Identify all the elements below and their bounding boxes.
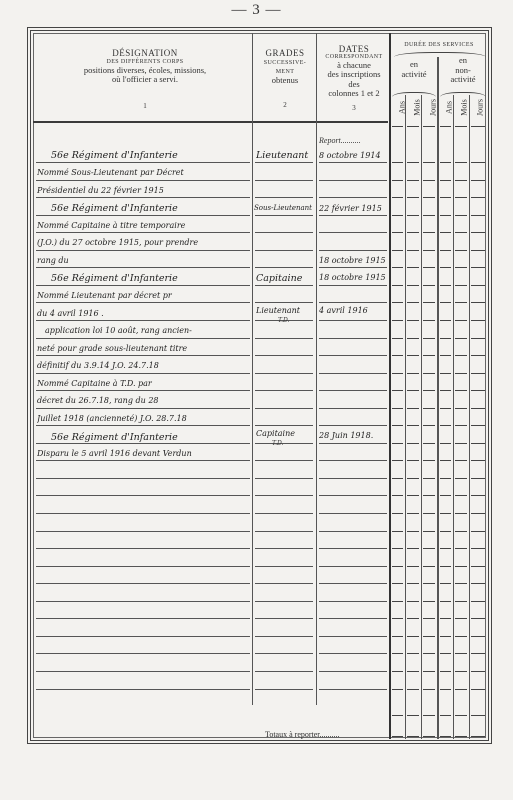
entry-grade-7: Capitaine <box>256 273 314 284</box>
duree-dash <box>407 495 419 496</box>
entry-designation-13: Nommé Capitaine à T.D. par <box>37 379 251 388</box>
duree-dash <box>440 513 451 514</box>
duree-dash <box>407 408 419 409</box>
duree-dash <box>392 180 403 181</box>
duree-dash <box>455 460 467 461</box>
duree-dash <box>392 715 403 716</box>
row-rule <box>319 320 387 321</box>
col-divider-duree-mid <box>437 57 439 739</box>
row-rule <box>36 338 250 339</box>
duree-dash <box>471 302 485 303</box>
duree-dash <box>392 548 403 549</box>
row-rule <box>255 180 313 181</box>
subcol-jours-2: Jours <box>476 95 485 121</box>
duree-dash <box>440 126 451 127</box>
row-rule <box>255 355 313 356</box>
duree-dash <box>407 180 419 181</box>
header-col3-title: DATES <box>318 44 390 54</box>
duree-dash <box>407 531 419 532</box>
duree-dash <box>440 601 451 602</box>
duree-dash <box>455 373 467 374</box>
duree-dash <box>407 285 419 286</box>
duree-dash <box>455 566 467 567</box>
duree-dash <box>471 408 485 409</box>
duree-dash <box>423 390 435 391</box>
duree-dash <box>440 285 451 286</box>
duree-dash <box>407 671 419 672</box>
duree-dash <box>440 618 451 619</box>
row-rule <box>319 653 387 654</box>
duree-dash <box>423 232 435 233</box>
row-rule <box>255 267 313 268</box>
row-rule <box>319 495 387 496</box>
row-rule <box>255 460 313 461</box>
duree-dash <box>455 715 467 716</box>
duree-dash <box>392 285 403 286</box>
row-rule <box>255 495 313 496</box>
header-col2-title: GRADES <box>254 48 316 58</box>
entry-designation-4: Nommé Capitaine à titre temporaire <box>37 221 251 230</box>
row-rule <box>36 197 250 198</box>
duree-dash <box>455 601 467 602</box>
duree-dash <box>440 548 451 549</box>
row-rule <box>255 618 313 619</box>
row-rule <box>319 285 387 286</box>
header-activite: en activité <box>390 60 438 79</box>
duree-dash <box>440 180 451 181</box>
duree-dash <box>392 653 403 654</box>
duree-dash <box>455 355 467 356</box>
duree-dash <box>440 232 451 233</box>
duree-dash <box>471 320 485 321</box>
entry-date-16: 28 Juin 1918. <box>319 431 389 440</box>
entry-designation-9: du 4 avril 1916 . <box>37 309 251 318</box>
entry-grade-9-sub: T.D. <box>278 317 290 324</box>
row-rule <box>255 197 313 198</box>
row-rule <box>255 390 313 391</box>
duree-dash <box>455 689 467 690</box>
duree-dash <box>423 618 435 619</box>
duree-dash <box>407 215 419 216</box>
subcol-line-4 <box>453 95 454 739</box>
duree-dash <box>455 390 467 391</box>
row-rule <box>36 267 250 268</box>
subcol-line-2 <box>421 95 422 739</box>
row-rule <box>319 180 387 181</box>
duree-dash <box>440 373 451 374</box>
duree-dash <box>440 478 451 479</box>
totals-label: Totaux à reporter.......... <box>265 730 340 739</box>
duree-dash <box>407 338 419 339</box>
entry-designation-17: Disparu le 5 avril 1916 devant Verdun <box>37 449 251 458</box>
duree-dash <box>471 373 485 374</box>
duree-dash <box>392 736 403 737</box>
row-rule <box>255 548 313 549</box>
duree-dash <box>455 285 467 286</box>
duree-dash <box>471 197 485 198</box>
row-rule <box>319 636 387 637</box>
duree-dash <box>423 495 435 496</box>
subcol-line-1 <box>405 95 406 739</box>
duree-dash <box>407 443 419 444</box>
duree-dash <box>471 355 485 356</box>
row-rule <box>36 636 250 637</box>
duree-dash <box>455 250 467 251</box>
duree-dash <box>440 689 451 690</box>
row-rule <box>255 531 313 532</box>
row-rule <box>255 478 313 479</box>
duree-dash <box>392 408 403 409</box>
duree-dash <box>407 513 419 514</box>
entry-designation-16: 56e Régiment d'Infanterie <box>37 432 265 443</box>
duree-dash <box>440 320 451 321</box>
duree-dash <box>440 583 451 584</box>
duree-dash <box>423 180 435 181</box>
row-rule <box>319 601 387 602</box>
duree-dash <box>440 267 451 268</box>
duree-dash <box>440 302 451 303</box>
row-rule <box>36 583 250 584</box>
duree-dash <box>392 373 403 374</box>
row-rule <box>255 425 313 426</box>
duree-dash <box>455 478 467 479</box>
row-rule <box>319 425 387 426</box>
duree-dash <box>423 443 435 444</box>
row-rule <box>319 618 387 619</box>
row-rule <box>36 408 250 409</box>
header-col2-line4: obtenus <box>254 76 316 86</box>
entry-designation-12: définitif du 3.9.14 J.O. 24.7.18 <box>37 361 251 370</box>
duree-dash <box>455 320 467 321</box>
duree-dash <box>471 126 485 127</box>
duree-dash <box>407 583 419 584</box>
duree-dash <box>423 548 435 549</box>
row-rule <box>36 531 250 532</box>
row-rule <box>36 653 250 654</box>
row-rule <box>255 408 313 409</box>
duree-dash <box>455 197 467 198</box>
row-rule <box>255 215 313 216</box>
duree-dash <box>455 302 467 303</box>
row-rule <box>255 653 313 654</box>
duree-dash <box>471 478 485 479</box>
duree-dash <box>392 232 403 233</box>
entry-grade-16: Capitaine <box>256 429 314 438</box>
duree-dash <box>392 601 403 602</box>
duree-dash <box>423 531 435 532</box>
duree-dash <box>440 390 451 391</box>
row-rule <box>36 180 250 181</box>
row-rule <box>255 636 313 637</box>
entry-date-0: 8 octobre 1914 <box>319 151 389 160</box>
duree-dash <box>440 250 451 251</box>
col-divider-1 <box>252 33 253 705</box>
duree-dash <box>471 180 485 181</box>
duree-dash <box>471 267 485 268</box>
row-rule <box>36 478 250 479</box>
duree-dash <box>455 671 467 672</box>
row-rule <box>36 285 250 286</box>
duree-dash <box>407 267 419 268</box>
duree-dash <box>407 736 419 737</box>
row-rule <box>36 618 250 619</box>
row-rule <box>255 373 313 374</box>
duree-dash <box>392 197 403 198</box>
row-rule <box>36 162 250 163</box>
duree-dash <box>392 478 403 479</box>
duree-dash <box>423 715 435 716</box>
duree-dash <box>407 689 419 690</box>
row-rule <box>319 671 387 672</box>
duree-dash <box>392 566 403 567</box>
header-col2-line2: SUCCESSIVE- <box>254 60 316 67</box>
duree-dash <box>423 373 435 374</box>
header-activite-l2: activité <box>390 70 438 80</box>
row-rule <box>255 566 313 567</box>
row-rule <box>36 232 250 233</box>
duree-dash <box>407 302 419 303</box>
row-rule <box>255 302 313 303</box>
duree-dash <box>455 162 467 163</box>
page-number: — 3 — <box>0 2 513 19</box>
row-rule <box>36 548 250 549</box>
row-rule <box>255 162 313 163</box>
duree-dash <box>440 215 451 216</box>
duree-dash <box>423 689 435 690</box>
entry-grade-0: Lieutenant <box>256 150 314 161</box>
duree-dash <box>455 232 467 233</box>
row-rule <box>36 425 250 426</box>
duree-dash <box>392 689 403 690</box>
duree-dash <box>471 583 485 584</box>
duree-dash <box>423 671 435 672</box>
row-rule <box>36 495 250 496</box>
duree-dash <box>392 513 403 514</box>
duree-dash <box>423 583 435 584</box>
duree-dash <box>392 320 403 321</box>
entry-designation-7: 56e Régiment d'Infanterie <box>37 273 265 284</box>
row-rule <box>36 320 250 321</box>
duree-dash <box>440 636 451 637</box>
row-rule <box>319 390 387 391</box>
duree-dash <box>440 566 451 567</box>
entry-designation-10: application loi 10 août, rang ancien- <box>37 326 259 335</box>
duree-dash <box>407 162 419 163</box>
duree-dash <box>440 653 451 654</box>
duree-dash <box>423 285 435 286</box>
row-rule <box>319 232 387 233</box>
row-rule <box>319 689 387 690</box>
duree-dash <box>471 618 485 619</box>
duree-dash <box>455 180 467 181</box>
row-rule <box>319 162 387 163</box>
header-col1-title: DÉSIGNATION <box>40 48 250 58</box>
duree-dash <box>407 355 419 356</box>
duree-dash <box>455 736 467 737</box>
row-rule <box>319 338 387 339</box>
duree-dash <box>423 302 435 303</box>
duree-dash <box>392 583 403 584</box>
duree-dash <box>471 653 485 654</box>
duree-dash <box>392 531 403 532</box>
header-col1-line4: où l'officier a servi. <box>40 75 250 85</box>
row-rule <box>36 460 250 461</box>
duree-dash <box>407 636 419 637</box>
duree-dash <box>407 373 419 374</box>
duree-dash <box>423 601 435 602</box>
row-rule <box>319 250 387 251</box>
duree-dash <box>440 338 451 339</box>
row-rule <box>319 267 387 268</box>
header-duree-title: DURÉE DES SERVICES <box>390 42 488 49</box>
duree-dash <box>407 232 419 233</box>
entry-designation-11: neté pour grade sous-lieutenant titre <box>37 344 251 353</box>
duree-dash <box>423 478 435 479</box>
entry-date-3: 22 février 1915 <box>319 204 389 213</box>
duree-dash <box>423 126 435 127</box>
duree-dash <box>440 162 451 163</box>
duree-dash <box>407 548 419 549</box>
duree-dash <box>392 636 403 637</box>
row-rule <box>255 250 313 251</box>
duree-dash <box>455 583 467 584</box>
duree-dash <box>392 390 403 391</box>
duree-dash <box>471 715 485 716</box>
row-rule <box>36 443 250 444</box>
header-col2-number: 2 <box>254 102 316 110</box>
duree-dash <box>471 162 485 163</box>
entry-designation-15: Juillet 1918 (ancienneté) J.O. 28.7.18 <box>37 414 251 423</box>
row-rule <box>319 215 387 216</box>
duree-dash <box>423 653 435 654</box>
duree-dash <box>455 653 467 654</box>
row-rule <box>255 443 313 444</box>
entry-date-6: 18 octobre 1915 <box>319 256 389 265</box>
col-divider-3 <box>389 33 391 739</box>
report-label: Report.......... <box>319 136 361 145</box>
duree-dash <box>471 513 485 514</box>
row-rule <box>36 215 250 216</box>
duree-dash <box>407 197 419 198</box>
duree-dash <box>423 320 435 321</box>
duree-dash <box>471 285 485 286</box>
row-rule <box>36 601 250 602</box>
row-rule <box>36 671 250 672</box>
duree-dash <box>471 636 485 637</box>
duree-dash <box>471 215 485 216</box>
duree-dash <box>440 736 451 737</box>
header-col3-line6: colonnes 1 et 2 <box>318 89 390 99</box>
duree-dash <box>407 566 419 567</box>
duree-dash <box>407 425 419 426</box>
duree-dash <box>407 390 419 391</box>
row-rule <box>319 460 387 461</box>
entry-designation-6: rang du <box>37 256 251 265</box>
duree-dash <box>407 618 419 619</box>
entry-designation-1: Nommé Sous-Lieutenant par Décret <box>37 168 251 177</box>
duree-dash <box>392 425 403 426</box>
duree-dash <box>471 338 485 339</box>
duree-dash <box>455 267 467 268</box>
col-divider-2 <box>316 33 317 705</box>
row-rule <box>319 355 387 356</box>
duree-dash <box>471 671 485 672</box>
duree-dash <box>392 215 403 216</box>
duree-dash <box>455 495 467 496</box>
duree-dash <box>392 460 403 461</box>
row-rule <box>319 408 387 409</box>
duree-dash <box>423 408 435 409</box>
duree-dash <box>455 126 467 127</box>
row-rule <box>319 302 387 303</box>
duree-dash <box>423 267 435 268</box>
duree-dash <box>423 215 435 216</box>
duree-dash <box>407 320 419 321</box>
duree-dash <box>440 425 451 426</box>
duree-dash <box>423 736 435 737</box>
duree-dash <box>423 566 435 567</box>
row-rule <box>319 443 387 444</box>
duree-dash <box>392 355 403 356</box>
row-rule <box>255 583 313 584</box>
duree-dash <box>407 126 419 127</box>
header-col2: GRADES SUCCESSIVE- MENT obtenus 2 <box>254 48 316 110</box>
duree-dash <box>392 443 403 444</box>
duree-dash <box>423 250 435 251</box>
row-rule <box>36 566 250 567</box>
entry-date-9: 4 avril 1916 <box>319 306 389 315</box>
row-rule <box>319 548 387 549</box>
duree-dash <box>392 126 403 127</box>
duree-dash <box>471 689 485 690</box>
row-rule <box>36 373 250 374</box>
header-non-activite: en non- activité <box>438 56 488 85</box>
duree-dash <box>471 390 485 391</box>
duree-dash <box>455 618 467 619</box>
duree-dash <box>471 531 485 532</box>
duree-dash <box>392 495 403 496</box>
duree-dash <box>407 250 419 251</box>
header-col3: DATES CORRESPONDANT à chacune des inscri… <box>318 44 390 113</box>
row-rule <box>255 671 313 672</box>
duree-dash <box>440 715 451 716</box>
duree-dash <box>455 425 467 426</box>
duree-dash <box>392 671 403 672</box>
entry-grade-9: Lieutenant <box>256 306 314 315</box>
duree-dash <box>440 197 451 198</box>
entry-grade-3: Sous-Lieutenant <box>254 204 316 212</box>
entry-grade-16-sub: T.D. <box>272 440 284 447</box>
row-rule <box>319 531 387 532</box>
duree-dash <box>440 408 451 409</box>
duree-dash <box>471 425 485 426</box>
row-rule <box>255 338 313 339</box>
entry-designation-0: 56e Régiment d'Infanterie <box>37 150 265 161</box>
row-rule <box>36 513 250 514</box>
duree-dash <box>471 548 485 549</box>
duree-dash <box>392 162 403 163</box>
duree-dash <box>440 443 451 444</box>
row-rule <box>319 197 387 198</box>
duree-dash <box>440 495 451 496</box>
duree-dash <box>423 636 435 637</box>
duree-dash <box>455 215 467 216</box>
duree-dash <box>471 443 485 444</box>
header-col1-number: 1 <box>40 103 250 111</box>
duree-dash <box>440 671 451 672</box>
duree-dash <box>407 601 419 602</box>
duree-dash <box>392 250 403 251</box>
